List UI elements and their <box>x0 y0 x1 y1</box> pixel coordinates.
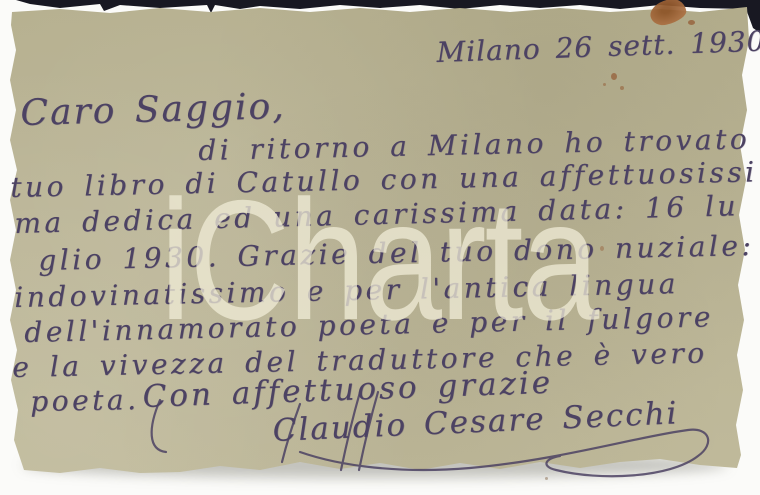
letter-scan: Milano 26 sett. 1930. Caro Saggio, di ri… <box>0 0 760 495</box>
signature-flourish <box>0 0 760 495</box>
